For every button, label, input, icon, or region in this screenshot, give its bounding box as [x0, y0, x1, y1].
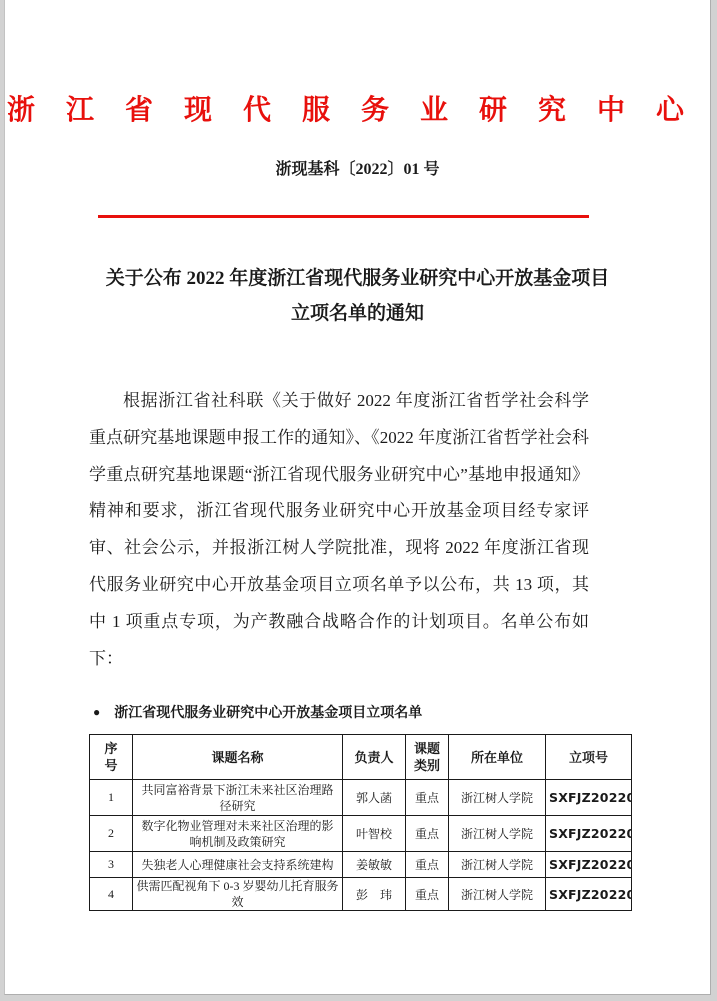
cell-category: 重点	[406, 878, 449, 911]
cell-leader: 郭人菡	[343, 780, 406, 816]
cell-no: 2	[90, 816, 133, 852]
list-heading-label: 浙江省现代服务业研究中心开放基金项目立项名单	[114, 706, 422, 721]
header-title: 课题名称	[133, 735, 343, 780]
header-leader: 负责人	[343, 735, 406, 780]
header-unit: 所在单位	[449, 735, 546, 780]
cell-unit: 浙江树人学院	[449, 852, 546, 878]
body-paragraph: 根据浙江省社科联《关于做好 2022 年度浙江省哲学社会科学重点研究基地课题申报…	[89, 383, 589, 677]
cell-code: SXFJZ202201	[546, 780, 632, 816]
cell-title: 供需匹配视角下 0-3 岁婴幼儿托育服务效	[133, 878, 343, 911]
table-row: 3 失独老人心理健康社会支持系统建构 姜敏敏 重点 浙江树人学院 SXFJZ20…	[90, 852, 632, 878]
cell-no: 3	[90, 852, 133, 878]
cell-unit: 浙江树人学院	[449, 878, 546, 911]
table-header-row: 序号 课题名称 负责人 课题类别 所在单位 立项号	[90, 735, 632, 780]
doc-number: 浙现基科〔2022〕01 号	[5, 160, 710, 180]
project-table: 序号 课题名称 负责人 课题类别 所在单位 立项号 1 共同富裕背景下浙江未来社…	[89, 734, 632, 911]
header-category: 课题类别	[406, 735, 449, 780]
cell-no: 1	[90, 780, 133, 816]
table-row: 4 供需匹配视角下 0-3 岁婴幼儿托育服务效 彭 玮 重点 浙江树人学院 SX…	[90, 878, 632, 911]
cell-category: 重点	[406, 816, 449, 852]
cell-category: 重点	[406, 780, 449, 816]
cell-title: 数字化物业管理对未来社区治理的影响机制及政策研究	[133, 816, 343, 852]
list-heading: ●浙江省现代服务业研究中心开放基金项目立项名单	[93, 704, 710, 722]
cell-leader: 叶智校	[343, 816, 406, 852]
table-row: 1 共同富裕背景下浙江未来社区治理路径研究 郭人菡 重点 浙江树人学院 SXFJ…	[90, 780, 632, 816]
cell-unit: 浙江树人学院	[449, 816, 546, 852]
cell-unit: 浙江树人学院	[449, 780, 546, 816]
cell-leader: 姜敏敏	[343, 852, 406, 878]
cell-no: 4	[90, 878, 133, 911]
header-no: 序号	[90, 735, 133, 780]
table-row: 2 数字化物业管理对未来社区治理的影响机制及政策研究 叶智校 重点 浙江树人学院…	[90, 816, 632, 852]
document-page: 浙 江 省 现 代 服 务 业 研 究 中 心 浙现基科〔2022〕01 号 关…	[4, 0, 711, 995]
cell-category: 重点	[406, 852, 449, 878]
header-code: 立项号	[546, 735, 632, 780]
cell-title: 共同富裕背景下浙江未来社区治理路径研究	[133, 780, 343, 816]
cell-leader: 彭 玮	[343, 878, 406, 911]
cell-title: 失独老人心理健康社会支持系统建构	[133, 852, 343, 878]
bullet-icon: ●	[93, 704, 100, 721]
red-divider-line	[98, 215, 589, 218]
org-title: 浙 江 省 现 代 服 务 业 研 究 中 心	[5, 0, 710, 127]
cell-code: SXFJZ202202	[546, 816, 632, 852]
cell-code: SXFJZ202203	[546, 852, 632, 878]
document-title: 关于公布 2022 年度浙江省现代服务业研究中心开放基金项目立项名单的通知	[98, 261, 618, 331]
cell-code: SXFJZ202204	[546, 878, 632, 911]
